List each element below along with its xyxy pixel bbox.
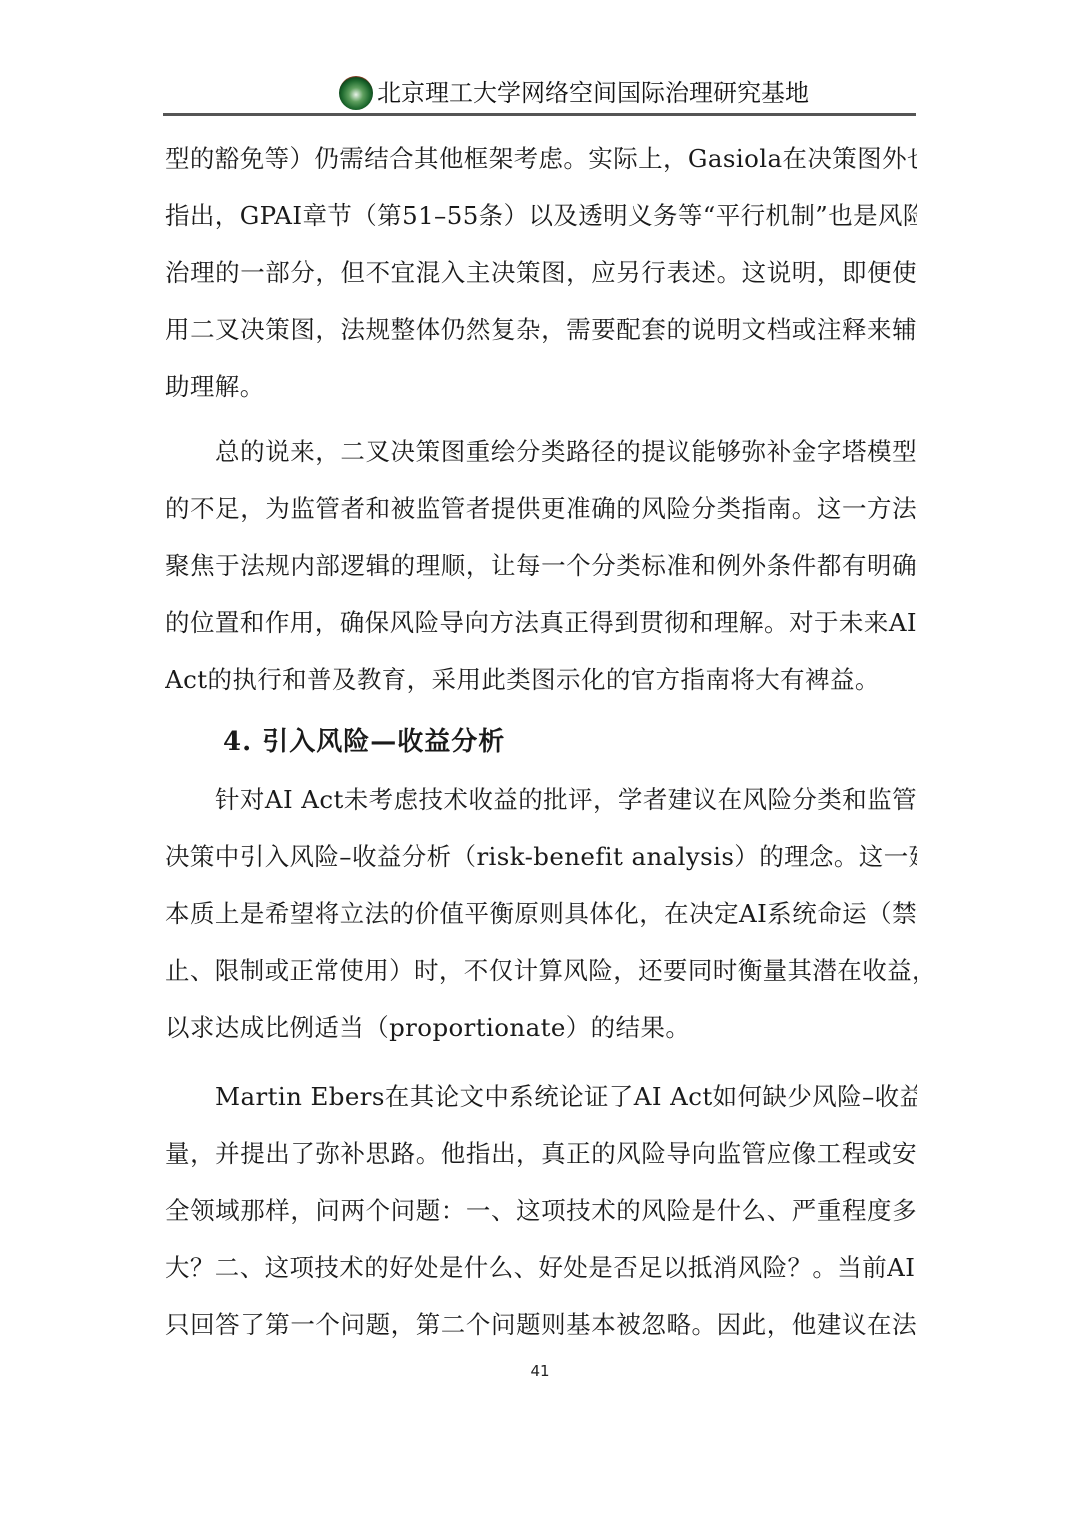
text-line: 治理的一部分，但不宜混入主决策图，应另行表述。这说明，即便使 bbox=[165, 244, 917, 301]
header-rule bbox=[163, 113, 916, 116]
header-title: 北京理工大学网络空间国际治理研究基地 bbox=[377, 76, 809, 110]
paragraph-2: 总的说来，二叉决策图重绘分类路径的提议能够弥补金字塔模型 的不足，为监管者和被监… bbox=[165, 423, 917, 708]
page-body: 型的豁免等）仍需结合其他框架考虑。实际上，Gasiola在决策图外也 指出，GP… bbox=[165, 130, 917, 1353]
text-line: 针对AI Act未考虑技术收益的批评，学者建议在风险分类和监管 bbox=[165, 771, 917, 828]
page-number: 41 bbox=[500, 1362, 580, 1380]
text-line: 用二叉决策图，法规整体仍然复杂，需要配套的说明文档或注释来辅 bbox=[165, 301, 917, 358]
header-branding: 北京理工大学网络空间国际治理研究基地 bbox=[339, 76, 809, 110]
spacer bbox=[165, 415, 917, 423]
university-emblem-icon bbox=[339, 76, 373, 110]
text-line: 决策中引入风险–收益分析（risk-benefit analysis）的理念。这… bbox=[165, 828, 917, 885]
text-line: 助理解。 bbox=[165, 358, 917, 415]
text-line: 指出，GPAI章节（第51–55条）以及透明义务等“平行机制”也是风险 bbox=[165, 187, 917, 244]
section-heading: 4. 引入风险—收益分析 bbox=[165, 714, 917, 771]
text-line: 量，并提出了弥补思路。他指出，真正的风险导向监管应像工程或安 bbox=[165, 1125, 917, 1182]
text-line: 本质上是希望将立法的价值平衡原则具体化，在决定AI系统命运（禁 bbox=[165, 885, 917, 942]
text-line: 以求达成比例适当（proportionate）的结果。 bbox=[165, 999, 917, 1056]
text-line: Act的执行和普及教育，采用此类图示化的官方指南将大有裨益。 bbox=[165, 651, 917, 708]
text-line: 型的豁免等）仍需结合其他框架考虑。实际上，Gasiola在决策图外也 bbox=[165, 130, 917, 187]
text-line: 聚焦于法规内部逻辑的理顺，让每一个分类标准和例外条件都有明确 bbox=[165, 537, 917, 594]
spacer bbox=[165, 1056, 917, 1068]
text-line: 的不足，为监管者和被监管者提供更准确的风险分类指南。这一方法 bbox=[165, 480, 917, 537]
text-line: 止、限制或正常使用）时，不仅计算风险，还要同时衡量其潜在收益， bbox=[165, 942, 917, 999]
text-line: 的位置和作用，确保风险导向方法真正得到贯彻和理解。对于未来AI bbox=[165, 594, 917, 651]
text-line: 只回答了第一个问题，第二个问题则基本被忽略。因此，他建议在法 bbox=[165, 1296, 917, 1353]
paragraph-3: 针对AI Act未考虑技术收益的批评，学者建议在风险分类和监管 决策中引入风险–… bbox=[165, 771, 917, 1056]
text-line: Martin Ebers在其论文中系统论证了AI Act如何缺少风险–收益考 bbox=[165, 1068, 917, 1125]
text-line: 总的说来，二叉决策图重绘分类路径的提议能够弥补金字塔模型 bbox=[165, 423, 917, 480]
text-line: 全领域那样，问两个问题：一、这项技术的风险是什么、严重程度多 bbox=[165, 1182, 917, 1239]
page-header: 北京理工大学网络空间国际治理研究基地 bbox=[163, 70, 916, 116]
text-line: 大？二、这项技术的好处是什么、好处是否足以抵消风险？。当前AI Act bbox=[165, 1239, 917, 1296]
paragraph-4: Martin Ebers在其论文中系统论证了AI Act如何缺少风险–收益考 量… bbox=[165, 1068, 917, 1353]
paragraph-1: 型的豁免等）仍需结合其他框架考虑。实际上，Gasiola在决策图外也 指出，GP… bbox=[165, 130, 917, 415]
